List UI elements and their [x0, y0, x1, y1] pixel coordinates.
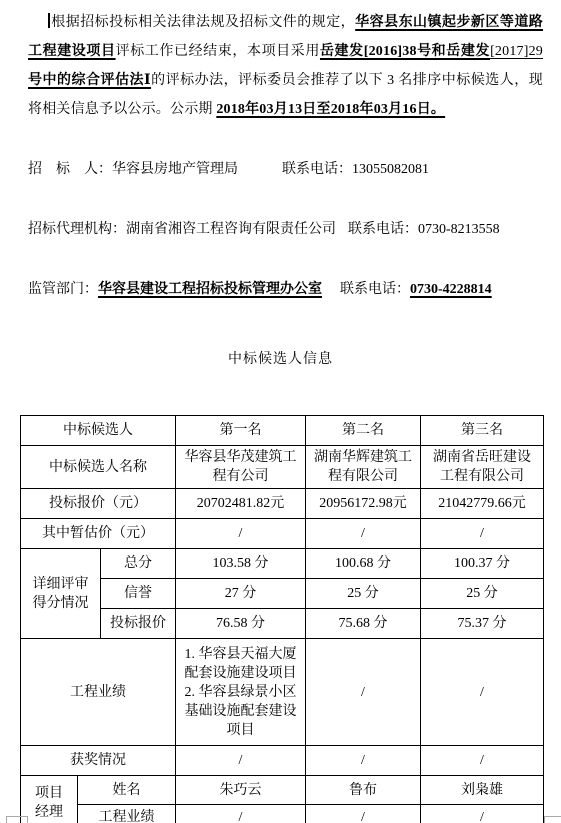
tenderer-line: 招 标 人：华容县房地产管理局 联系电话：13055082081	[28, 162, 561, 178]
tenderer-name: 华容县房地产管理局	[112, 162, 238, 178]
score-label-price: 投标报价	[101, 609, 176, 639]
table-row-awards: 获奖情况 / / /	[21, 746, 544, 776]
awards-3: /	[421, 746, 544, 776]
tenderer-phone: 13055082081	[352, 162, 429, 177]
score-price-2: 75.68 分	[306, 609, 421, 639]
estimate-1: /	[176, 519, 306, 549]
manager-performance-2: /	[306, 805, 421, 823]
tenderer-phone-block: 联系电话：13055082081	[282, 162, 429, 178]
agency-name: 湖南省湘咨工程咨询有限责任公司	[126, 222, 336, 238]
manager-group-label: 项目经理	[21, 776, 78, 823]
rank-header-1: 第一名	[176, 416, 306, 446]
manager-performance-1: /	[176, 805, 306, 823]
table-row-manager-performance: 工程业绩 / / /	[21, 805, 544, 823]
awards-2: /	[306, 746, 421, 776]
candidate-name-2: 湖南华辉建筑工程有限公司	[306, 446, 421, 489]
table-row-manager-name: 项目经理 姓名 朱巧云 鲁布 刘枭雄	[21, 776, 544, 805]
row-label-estimate: 其中暂估价（元）	[21, 519, 176, 549]
tenderer-label: 招 标 人：	[28, 162, 112, 178]
estimate-3: /	[421, 519, 544, 549]
manager-performance-3: /	[421, 805, 544, 823]
candidate-name-3: 湖南省岳旺建设工程有限公司	[421, 446, 544, 489]
score-price-1: 76.58 分	[176, 609, 306, 639]
phone-label: 联系电话：	[282, 162, 352, 177]
rank-header-3: 第三名	[421, 416, 544, 446]
table-row-names: 中标候选人名称 华容县华茂建筑工程有公司 湖南华辉建筑工程有限公司 湖南省岳旺建…	[21, 446, 544, 489]
text-cursor	[48, 13, 50, 28]
table-row-estimate: 其中暂估价（元） / / /	[21, 519, 544, 549]
bid-price-2: 20956172.98元	[306, 489, 421, 519]
manager-label-performance: 工程业绩	[78, 805, 176, 823]
supervisor-line: 监管部门：华容县建设工程招标投标管理办公室 联系电话：0730-4228814	[28, 282, 561, 298]
row-label-awards: 获奖情况	[21, 746, 176, 776]
rank-header-2: 第二名	[306, 416, 421, 446]
candidate-name-1: 华容县华茂建筑工程有公司	[176, 446, 306, 489]
score-total-3: 100.37 分	[421, 549, 544, 579]
score-label-credit: 信誉	[101, 579, 176, 609]
bid-price-3: 21042779.66元	[421, 489, 544, 519]
supervisor-label: 监管部门：	[28, 282, 98, 298]
score-credit-3: 25 分	[421, 579, 544, 609]
score-label-total: 总分	[101, 549, 176, 579]
table-row-performance: 工程业绩 1. 华容县天福大厦配套设施建设项目 2. 华容县绿景小区基础设施配套…	[21, 639, 544, 746]
table-row-price: 投标报价（元） 20702481.82元 20956172.98元 210427…	[21, 489, 544, 519]
corner-label-cell: 中标候选人	[21, 416, 176, 446]
candidates-table: 中标候选人 第一名 第二名 第三名 中标候选人名称 华容县华茂建筑工程有公司 湖…	[20, 415, 544, 823]
estimate-2: /	[306, 519, 421, 549]
score-credit-2: 25 分	[306, 579, 421, 609]
method-doc-number: [2017]29	[490, 44, 543, 59]
supervisor-phone-block: 联系电话：0730-4228814	[340, 282, 492, 298]
score-price-3: 75.37 分	[421, 609, 544, 639]
agency-label: 招标代理机构：	[28, 222, 126, 238]
score-group-label: 详细评审得分情况	[21, 549, 101, 639]
performance-2: /	[306, 639, 421, 746]
intro-segment: 根据招标投标相关法律法规及招标文件的规定，	[51, 15, 355, 30]
phone-label: 联系电话：	[348, 222, 418, 237]
agency-phone: 0730-8213558	[418, 222, 500, 237]
publicity-period-text: 2018年03月13日至2018年03月16日。	[216, 102, 445, 117]
performance-1: 1. 华容县天福大厦配套设施建设项目 2. 华容县绿景小区基础设施配套建设项目	[176, 639, 306, 746]
performance-3: /	[421, 639, 544, 746]
manager-name-1: 朱巧云	[176, 776, 306, 805]
score-total-1: 103.58 分	[176, 549, 306, 579]
intro-paragraph: 根据招标投标相关法律法规及招标文件的规定，华容县东山镇起步新区等道路工程建设项目…	[28, 8, 543, 124]
score-total-2: 100.68 分	[306, 549, 421, 579]
manager-name-3: 刘枭雄	[421, 776, 544, 805]
intro-segment: 评标工作已经结束，本项目采用	[116, 44, 320, 59]
phone-label: 联系电话：	[340, 282, 410, 297]
score-credit-1: 27 分	[176, 579, 306, 609]
manager-name-2: 鲁布	[306, 776, 421, 805]
row-label-price: 投标报价（元）	[21, 489, 176, 519]
awards-1: /	[176, 746, 306, 776]
table-handle-right[interactable]	[544, 816, 561, 823]
manager-label-name: 姓名	[78, 776, 176, 805]
method-doc-text: 岳建发[2016]38号和岳建发	[320, 44, 490, 59]
row-label-performance: 工程业绩	[21, 639, 176, 746]
document-page: 根据招标投标相关法律法规及招标文件的规定，华容县东山镇起步新区等道路工程建设项目…	[0, 0, 561, 823]
supervisor-name: 华容县建设工程招标投标管理办公室	[98, 282, 322, 298]
table-handle-left[interactable]	[6, 816, 28, 823]
agency-phone-block: 联系电话：0730-8213558	[348, 222, 500, 238]
table-row-score-total: 详细评审得分情况 总分 103.58 分 100.68 分 100.37 分	[21, 549, 544, 579]
method-name-text: 号中的综合评估法Ⅰ	[28, 73, 151, 88]
section-title: 中标候选人信息	[0, 348, 561, 368]
table-row-header: 中标候选人 第一名 第二名 第三名	[21, 416, 544, 446]
bid-price-1: 20702481.82元	[176, 489, 306, 519]
agency-line: 招标代理机构：湖南省湘咨工程咨询有限责任公司 联系电话：0730-8213558	[28, 222, 561, 238]
row-label-names: 中标候选人名称	[21, 446, 176, 489]
supervisor-phone: 0730-4228814	[410, 282, 492, 297]
